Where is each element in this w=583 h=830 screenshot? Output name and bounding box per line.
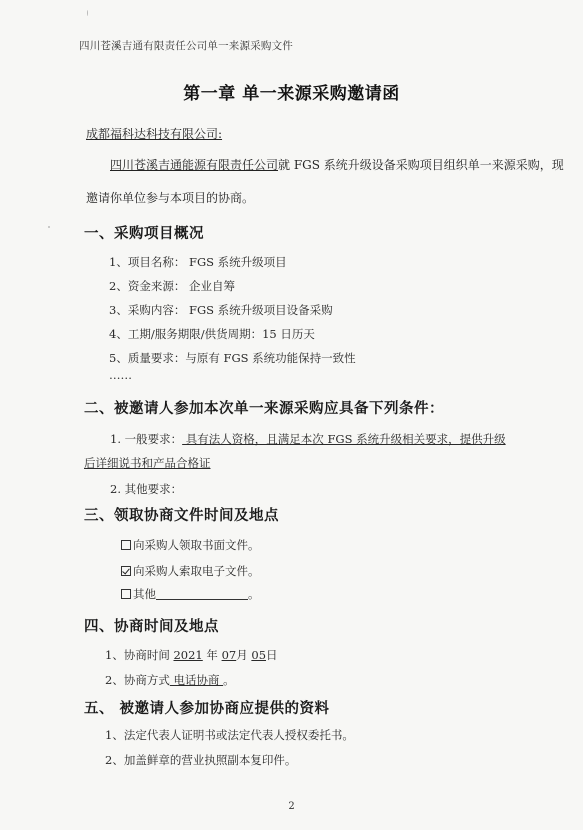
option-label: 向采购人索取电子文件。	[133, 564, 260, 578]
procurement-content-item: 3、采购内容： FGS 系统升级项目设备采购	[109, 302, 333, 318]
section-3-heading: 三、领取协商文件时间及地点	[84, 504, 279, 525]
duration-item: 4、工期/服务期限/供货周期：15 日历天	[109, 326, 315, 342]
intro-line-1: 四川苍溪吉通能源有限责任公司就 FGS 系统升级设备采购项目组织单一来源采购，现	[110, 156, 564, 173]
option-paper-file: 向采购人领取书面文件。	[121, 537, 260, 553]
required-material-1: 1、法定代表人证明书或法定代表人授权委托书。	[105, 727, 354, 743]
intro-line-2: 邀请你单位参与本项目的协商。	[86, 189, 254, 206]
option-label: 其他	[133, 587, 156, 601]
time-label: 1、协商时间	[105, 648, 173, 662]
document-header: 四川苍溪吉通有限责任公司单一来源采购文件	[79, 38, 293, 53]
day-unit: 日	[266, 648, 278, 662]
day-value: 05	[251, 648, 266, 662]
section-1-heading: 一、采购项目概况	[84, 222, 204, 243]
scan-speck	[48, 226, 50, 228]
intro-text: 就 FGS 系统升级设备采购项目组织单一来源采购，现	[278, 158, 564, 172]
checkbox-unchecked-icon	[121, 540, 131, 550]
general-requirement-text: 具有法人资格，且满足本次 FGS 系统升级相关要求，提供升级	[182, 432, 506, 446]
negotiation-time: 1、协商时间 2021 年 07月 05日	[105, 647, 278, 663]
scan-speck	[87, 10, 88, 16]
general-requirement-line-1: 1. 一般要求： 具有法人资格，且满足本次 FGS 系统升级相关要求，提供升级	[110, 431, 506, 447]
page-number: 2	[0, 801, 583, 812]
month-value: 07	[222, 648, 237, 662]
general-requirement-line-2: 后详细说书和产品合格证	[84, 455, 211, 471]
document-page: 四川苍溪吉通有限责任公司单一来源采购文件 第一章 单一来源采购邀请函 成都福科达…	[0, 0, 583, 830]
year-value: 2021	[173, 648, 202, 662]
other-requirement: 2. 其他要求：	[110, 481, 182, 497]
general-requirement-label: 1. 一般要求：	[110, 432, 182, 446]
section-2-heading: 二、被邀请人参加本次单一来源采购应具备下列条件：	[84, 397, 444, 418]
checkbox-unchecked-icon	[121, 589, 131, 599]
method-label: 2、协商方式	[105, 673, 170, 687]
project-name-item: 1、项目名称： FGS 系统升级项目	[109, 254, 287, 270]
option-suffix: 。	[248, 587, 260, 601]
option-electronic-file: 向采购人索取电子文件。	[121, 563, 260, 579]
method-suffix: 。	[223, 673, 235, 687]
checkbox-checked-icon	[121, 566, 131, 576]
negotiation-method: 2、协商方式 电话协商 。	[105, 672, 235, 688]
month-unit: 月	[236, 648, 251, 662]
option-other: 其他。	[121, 586, 260, 602]
chapter-title: 第一章 单一来源采购邀请函	[0, 79, 583, 104]
required-material-2: 2、加盖鲜章的营业执照副本复印件。	[105, 752, 296, 768]
blank-fill-line	[156, 589, 248, 600]
method-value: 电话协商	[170, 673, 223, 687]
inviting-company: 四川苍溪吉通能源有限责任公司	[110, 158, 278, 172]
quality-item: 5、质量要求：与原有 FGS 系统功能保持一致性	[109, 350, 356, 366]
funding-source-item: 2、资金来源： 企业自筹	[109, 278, 235, 294]
year-unit: 年	[203, 648, 222, 662]
section-5-heading: 五、 被邀请人参加协商应提供的资料	[84, 697, 330, 718]
option-label: 向采购人领取书面文件。	[133, 538, 260, 552]
addressee: 成都福科达科技有限公司:	[86, 125, 222, 142]
section-4-heading: 四、协商时间及地点	[84, 615, 219, 636]
ellipsis: ……	[109, 368, 132, 382]
